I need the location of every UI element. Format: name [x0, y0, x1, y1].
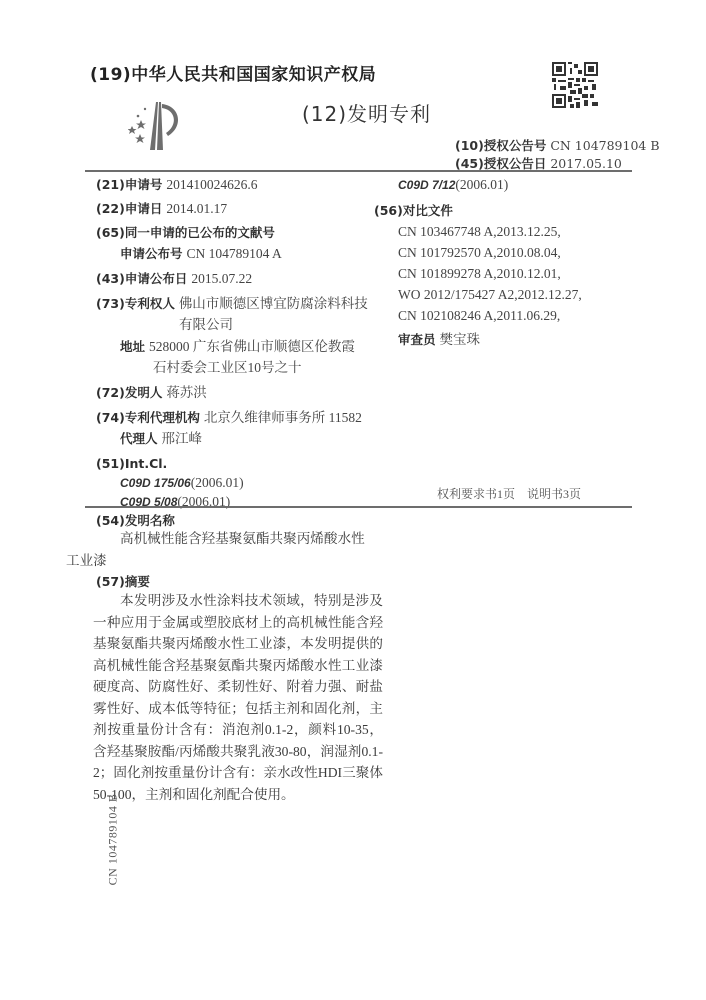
inventor-label: (72)发明人: [96, 385, 162, 400]
application-publication-date: 2015.07.22: [191, 271, 252, 286]
application-date-row: (22)申请日 2014.01.17: [96, 198, 227, 219]
cited-document: CN 102108246 A,2011.06.29,: [398, 305, 560, 326]
agent-row: 代理人 邢江峰: [120, 428, 202, 449]
patentee-row: (73)专利权人 佛山市顺德区博宜防腐涂料科技: [96, 293, 368, 314]
grant-pub-no-label: (10)授权公告号: [455, 138, 546, 153]
int-cl-continued: C09D 7/12(2006.01): [398, 174, 508, 196]
agent-label: 代理人: [120, 431, 158, 446]
application-date-label: (22)申请日: [96, 201, 162, 216]
cited-documents-label: (56)对比文件: [374, 200, 453, 221]
grant-pub-date-label: (45)授权公告日: [455, 156, 546, 171]
section-divider: [85, 506, 632, 508]
invention-title: 高机械性能含羟基聚氨酯共聚丙烯酸水性 工业漆: [93, 528, 383, 571]
application-publication-date-row: (43)申请公布日 2015.07.22: [96, 268, 252, 289]
application-publication-number-label: 申请公布号: [120, 246, 183, 261]
address-line1: 528000 广东省佛山市顺德区伦教霞: [149, 339, 355, 354]
qr-code-icon: [552, 62, 598, 108]
inventor-row: (72)发明人 蒋苏洪: [96, 382, 207, 403]
application-number-row: (21)申请号 201410024626.6: [96, 174, 257, 195]
application-publication-date-label: (43)申请公布日: [96, 271, 187, 286]
prior-publication-label: (65)同一申请的已公布的文献号: [96, 222, 275, 243]
application-number-label: (21)申请号: [96, 177, 162, 192]
examiner: 樊宝珠: [440, 332, 481, 347]
application-number: 201410024626.6: [166, 177, 257, 192]
issuing-office: (19)中华人民共和国国家知识产权局: [90, 60, 376, 85]
document-type: (12)发明专利: [302, 98, 431, 127]
inventor: 蒋苏洪: [166, 385, 207, 400]
agency-row: (74)专利代理机构 北京久维律师事务所 11582: [96, 407, 362, 428]
abstract-label: (57)摘要: [96, 571, 150, 592]
patentee-line2: 有限公司: [179, 314, 233, 335]
int-cl-code: C09D 7/12: [398, 178, 455, 192]
grant-pub-date: 2017.05.10: [550, 156, 622, 171]
agency: 北京久维律师事务所 11582: [204, 410, 362, 425]
patentee-label: (73)专利权人: [96, 296, 175, 311]
address-label: 地址: [120, 339, 145, 354]
cited-document: CN 103467748 A,2013.12.25,: [398, 221, 561, 242]
int-cl-code: C09D 175/06: [120, 476, 191, 490]
cited-document: WO 2012/175427 A2,2012.12.27,: [398, 284, 582, 305]
int-cl-version: (2006.01): [455, 177, 508, 192]
side-publication-number: CN 104789104 B: [106, 785, 121, 895]
grant-pub-no-row: (10)授权公告号 CN 104789104 B: [455, 136, 660, 154]
cnipa-logo-icon: [128, 100, 184, 150]
agent: 邢江峰: [162, 431, 203, 446]
agency-label: (74)专利代理机构: [96, 410, 200, 425]
examiner-label: 审查员: [398, 332, 436, 347]
patentee-line1: 佛山市顺德区博宜防腐涂料科技: [179, 296, 368, 311]
grant-pub-no: CN 104789104 B: [550, 138, 659, 153]
examiner-row: 审查员 樊宝珠: [398, 329, 480, 350]
cited-document: CN 101792570 A,2010.08.04,: [398, 242, 561, 263]
abstract-text: 本发明涉及水性涂料技术领域，特别是涉及一种应用于金属或塑胶底材上的高机械性能含羟…: [93, 590, 383, 805]
int-cl-version: (2006.01): [191, 475, 244, 490]
header-divider: [85, 170, 632, 172]
page-count-info: 权利要求书1页 说明书3页: [437, 485, 581, 502]
application-publication-number: CN 104789104 A: [187, 246, 282, 261]
cited-document: CN 101899278 A,2010.12.01,: [398, 263, 561, 284]
application-date: 2014.01.17: [166, 201, 227, 216]
address-line2: 石村委会工业区10号之十: [153, 357, 302, 378]
address-row: 地址 528000 广东省佛山市顺德区伦教霞: [120, 336, 355, 357]
application-publication-number-row: 申请公布号 CN 104789104 A: [120, 243, 282, 264]
int-cl-label: (51)Int.Cl.: [96, 453, 167, 474]
